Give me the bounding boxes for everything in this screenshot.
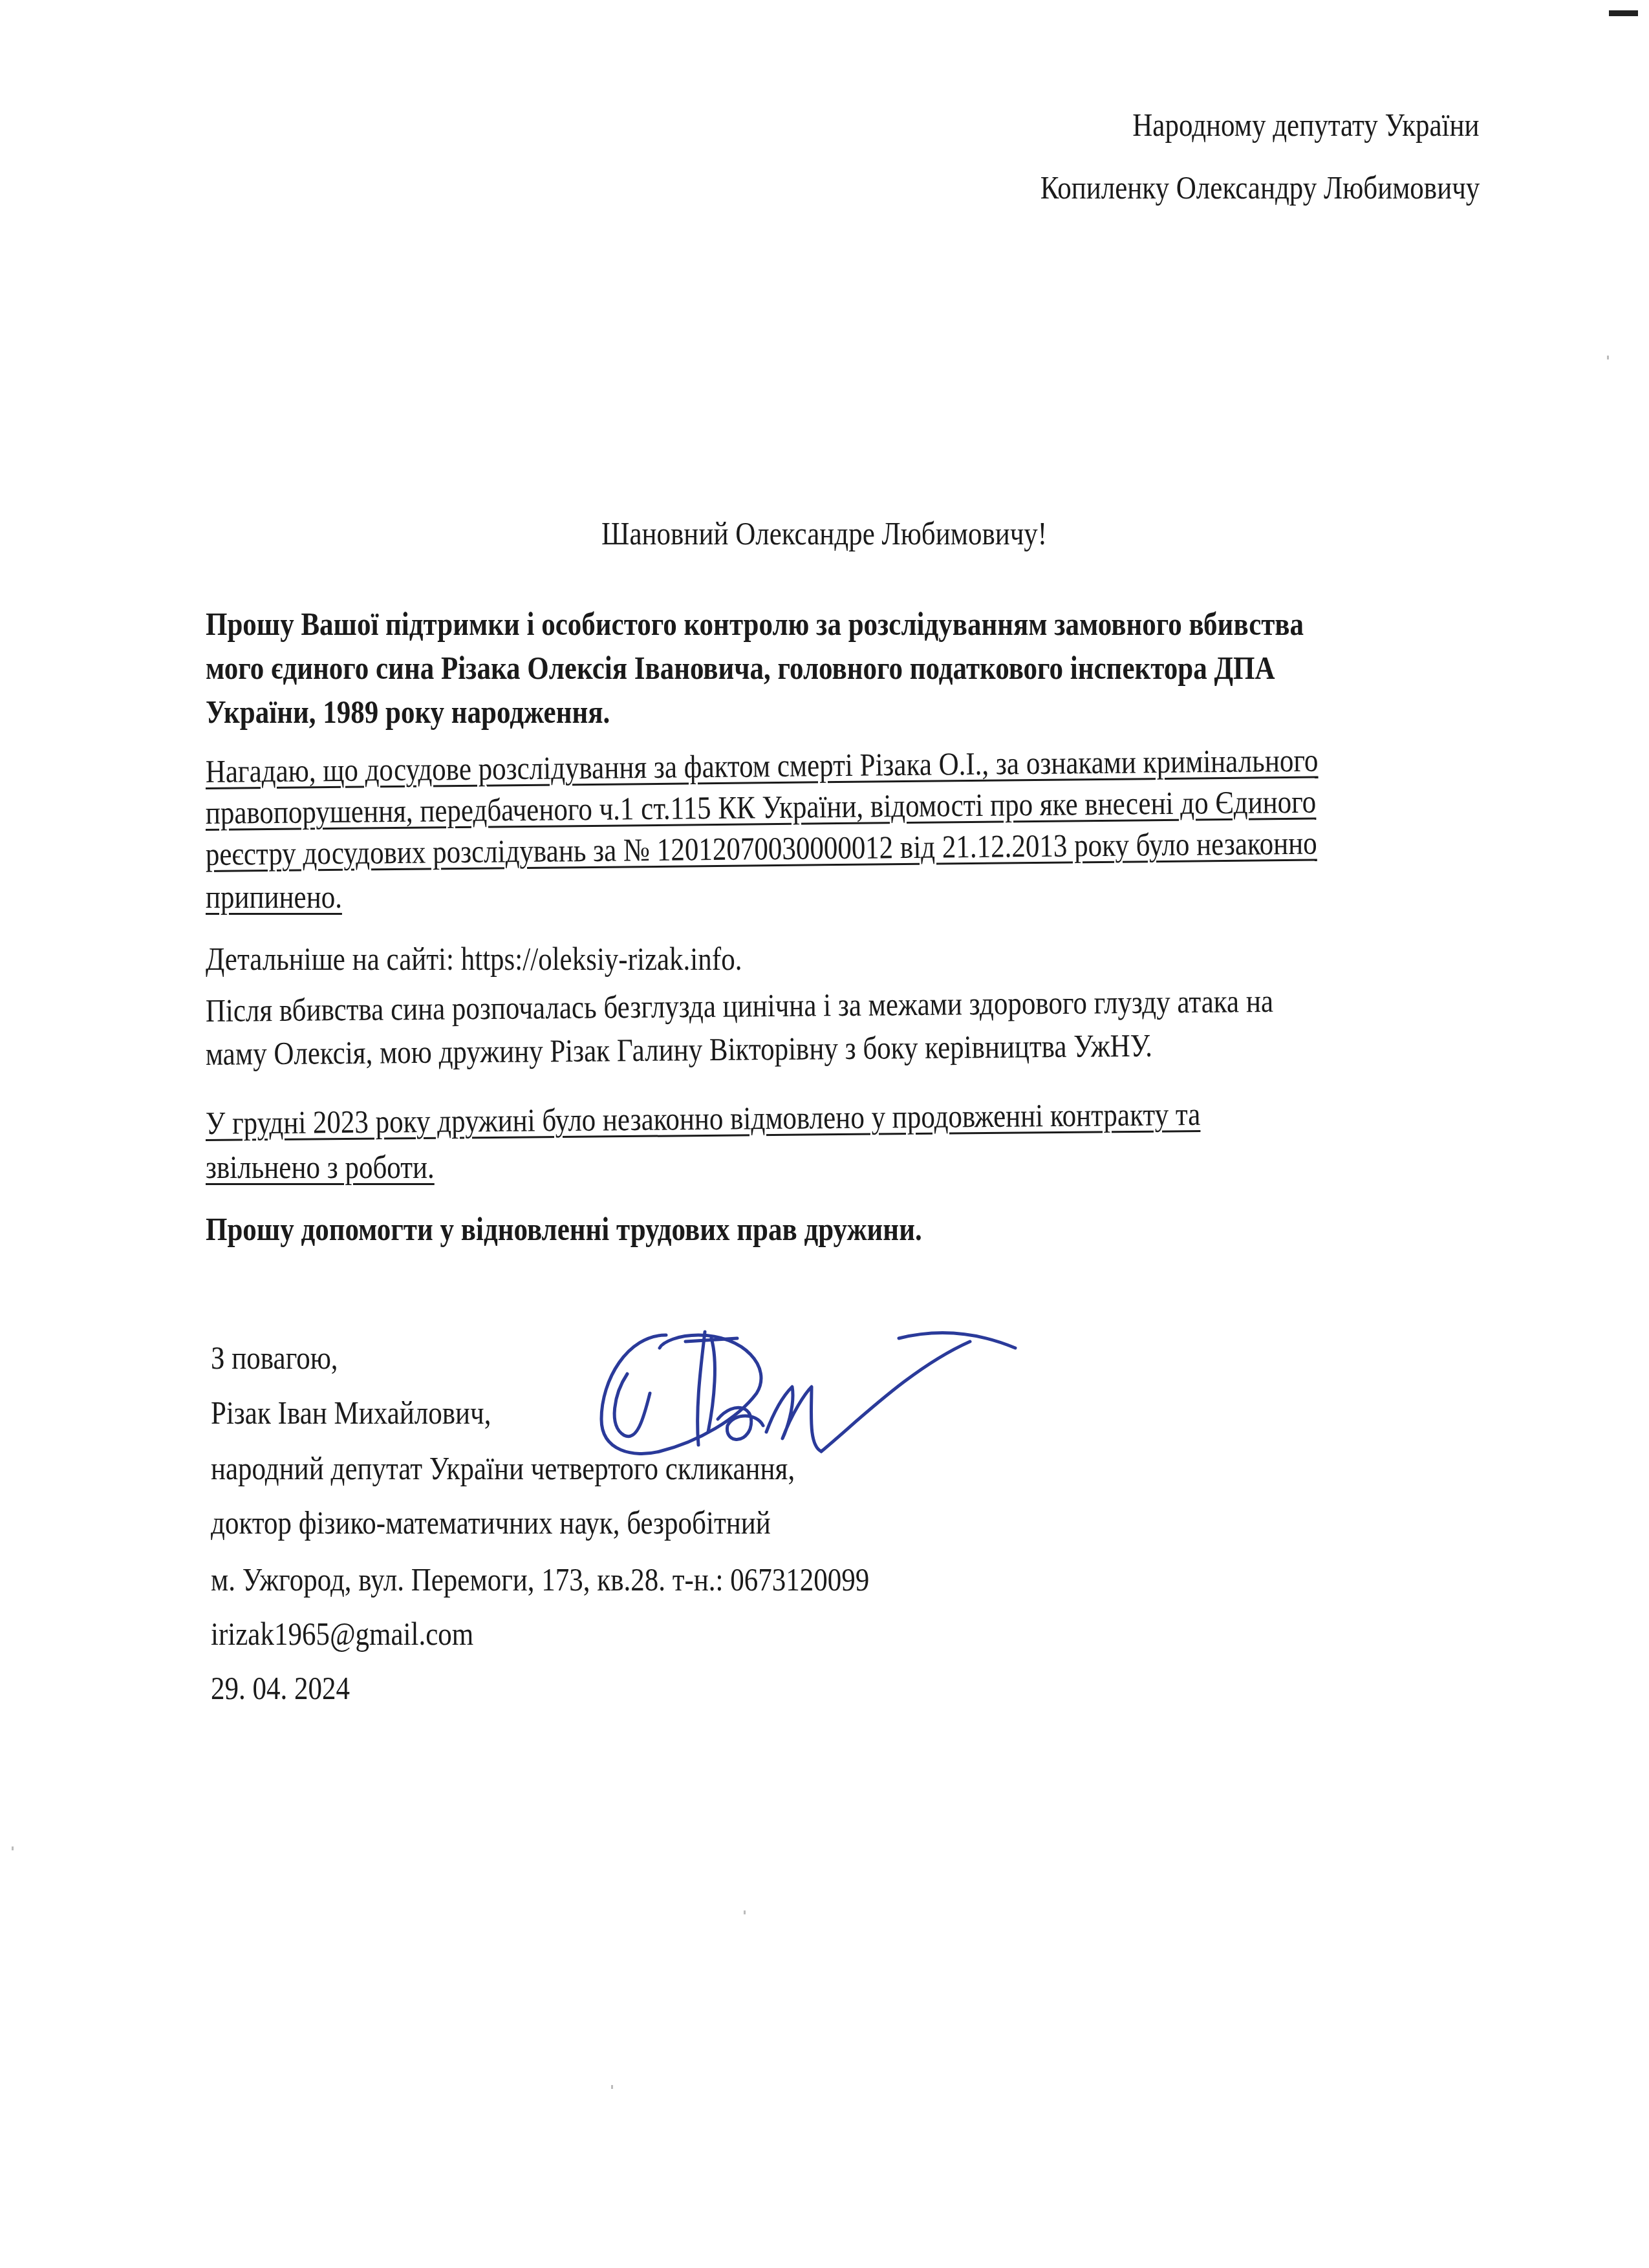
attack-line-2: маму Олексія, мою дружину Різак Галину В… xyxy=(206,1029,1152,1070)
reminder-line-1: Нагадаю, що досудове розслідування за фа… xyxy=(206,744,1319,787)
scan-speck xyxy=(1607,356,1609,359)
website-line: Детальніше на сайті: https://oleksiy-riz… xyxy=(206,943,742,975)
handwritten-signature xyxy=(588,1322,1054,1471)
attack-line-1: Після вбивства сина розпочалась безглузд… xyxy=(206,985,1273,1027)
salutation-text: Шановний Олександре Любимовичу! xyxy=(601,517,1047,550)
request-line-2: мого єдиного сина Різака Олексія Іванови… xyxy=(206,652,1275,684)
final-request: Прошу допомогти у відновленні трудових п… xyxy=(206,1213,922,1245)
scan-edge-mark xyxy=(1609,10,1638,16)
letter-date: 29. 04. 2024 xyxy=(211,1672,350,1704)
closing: З повагою, xyxy=(211,1342,338,1374)
scan-speck xyxy=(744,1910,746,1914)
dismissal-line-1: У грудні 2023 року дружині було незаконн… xyxy=(206,1098,1201,1139)
signer-degree: доктор фізико-математичних наук, безробі… xyxy=(211,1506,771,1539)
reminder-line-4: припинено. xyxy=(206,881,342,913)
signer-address: м. Ужгород, вул. Перемоги, 173, кв.28. т… xyxy=(211,1563,869,1596)
scan-speck xyxy=(611,2085,613,2089)
scan-speck xyxy=(12,1846,14,1850)
dismissal-line-2: звільнено з роботи. xyxy=(206,1151,435,1183)
salutation: Шановний Олександре Любимовичу! xyxy=(0,517,1649,550)
signer-title: народний депутат України четвертого скли… xyxy=(211,1452,795,1484)
signer-name: Різак Іван Михайлович, xyxy=(211,1396,491,1429)
signer-email[interactable]: irizak1965@gmail.com xyxy=(211,1618,473,1650)
recipient-line-2: Копиленку Олександру Любимовичу xyxy=(1040,171,1480,204)
reminder-line-2: правопорушення, передбаченого ч.1 ст.115… xyxy=(206,786,1317,829)
request-line-3: України, 1989 року народження. xyxy=(206,696,610,728)
recipient-line-1: Народному депутату України xyxy=(1133,109,1480,141)
request-line-1: Прошу Вашої підтримки і особистого контр… xyxy=(206,608,1304,640)
reminder-line-3: реєстру досудових розслідувань за № 1201… xyxy=(206,827,1317,870)
